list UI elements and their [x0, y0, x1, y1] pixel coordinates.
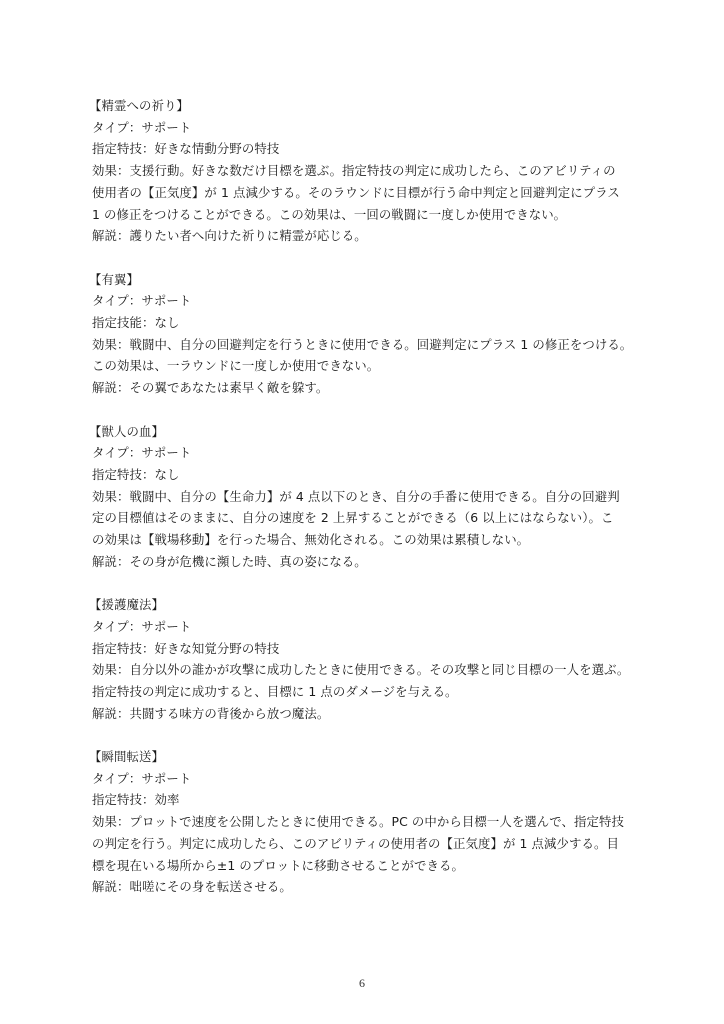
ability-skill: 指定特技：好きな知覚分野の特技 — [92, 638, 637, 660]
ability-effect-line: 標を現在いる場所から±1 のプロットに移動させることができる。 — [92, 855, 637, 877]
ability-title: 【瞬間転送】 — [89, 746, 637, 768]
ability-spirit-prayer: 【精霊への祈り】 タイプ：サポート 指定特技：好きな情動分野の特技 効果：支援行… — [92, 95, 637, 247]
ability-effect-line: の効果は【戦場移動】を行った場合、無効化される。この効果は累積しない。 — [92, 529, 637, 551]
ability-effect-line: 効果：プロットで速度を公開したときに使用できる。PC の中から目標一人を選んで、… — [92, 811, 637, 833]
ability-support-magic: 【援護魔法】 タイプ：サポート 指定特技：好きな知覚分野の特技 効果：自分以外の… — [92, 594, 637, 724]
ability-type: タイプ：サポート — [92, 768, 637, 790]
ability-title: 【援護魔法】 — [89, 594, 637, 616]
ability-beast-blood: 【獣人の血】 タイプ：サポート 指定特技：なし 効果：戦闘中、自分の【生命力】が… — [92, 421, 637, 573]
ability-description: 解説：その身が危機に瀕した時、真の姿になる。 — [92, 551, 637, 573]
ability-title: 【精霊への祈り】 — [89, 95, 637, 117]
ability-skill: 指定特技：なし — [92, 464, 637, 486]
ability-description: 解説：その翼であなたは素早く敵を躱す。 — [92, 377, 637, 399]
ability-skill: 指定特技：効率 — [92, 789, 637, 811]
ability-instant-teleport: 【瞬間転送】 タイプ：サポート 指定特技：効率 効果：プロットで速度を公開したと… — [92, 746, 637, 898]
ability-title: 【有翼】 — [89, 269, 637, 291]
ability-description: 解説：護りたい者へ向けた祈りに精霊が応じる。 — [92, 225, 637, 247]
ability-type: タイプ：サポート — [92, 616, 637, 638]
ability-effect-line: 効果：戦闘中、自分の【生命力】が 4 点以下のとき、自分の手番に使用できる。自分… — [92, 486, 637, 508]
ability-winged: 【有翼】 タイプ：サポート 指定技能：なし 効果：戦闘中、自分の回避判定を行うと… — [92, 269, 637, 399]
ability-description: 解説：共闘する味方の背後から放つ魔法。 — [92, 703, 637, 725]
ability-type: タイプ：サポート — [92, 117, 637, 139]
ability-effect-line: 使用者の【正気度】が 1 点減少する。そのラウンドに目標が行う命中判定と回避判定… — [92, 182, 637, 204]
ability-type: タイプ：サポート — [92, 290, 637, 312]
ability-effect-line: 効果：自分以外の誰かが攻撃に成功したときに使用できる。その攻撃と同じ目標の一人を… — [92, 659, 637, 681]
ability-effect-line: の判定を行う。判定に成功したら、このアビリティの使用者の【正気度】が 1 点減少… — [92, 833, 637, 855]
ability-title: 【獣人の血】 — [89, 421, 637, 443]
ability-effect-line: 定の目標値はそのままに、自分の速度を 2 上昇することができる（6 以上にはなら… — [92, 507, 637, 529]
ability-effect-line: 効果：支援行動。好きな数だけ目標を選ぶ。指定特技の判定に成功したら、このアビリテ… — [92, 160, 637, 182]
ability-effect-line: 指定特技の判定に成功すると、目標に 1 点のダメージを与える。 — [92, 681, 637, 703]
ability-effect-line: 効果：戦闘中、自分の回避判定を行うときに使用できる。回避判定にプラス 1 の修正… — [92, 334, 637, 356]
ability-type: タイプ：サポート — [92, 442, 637, 464]
ability-description: 解説：咄嗟にその身を転送させる。 — [92, 876, 637, 898]
ability-effect-line: この効果は、一ラウンドに一度しか使用できない。 — [92, 355, 637, 377]
page-number: 6 — [0, 976, 724, 991]
document-page: 【精霊への祈り】 タイプ：サポート 指定特技：好きな情動分野の特技 効果：支援行… — [92, 95, 637, 920]
ability-skill: 指定技能：なし — [92, 312, 637, 334]
ability-skill: 指定特技：好きな情動分野の特技 — [92, 138, 637, 160]
ability-effect-line: 1 の修正をつけることができる。この効果は、一回の戦闘に一度しか使用できない。 — [92, 204, 637, 226]
